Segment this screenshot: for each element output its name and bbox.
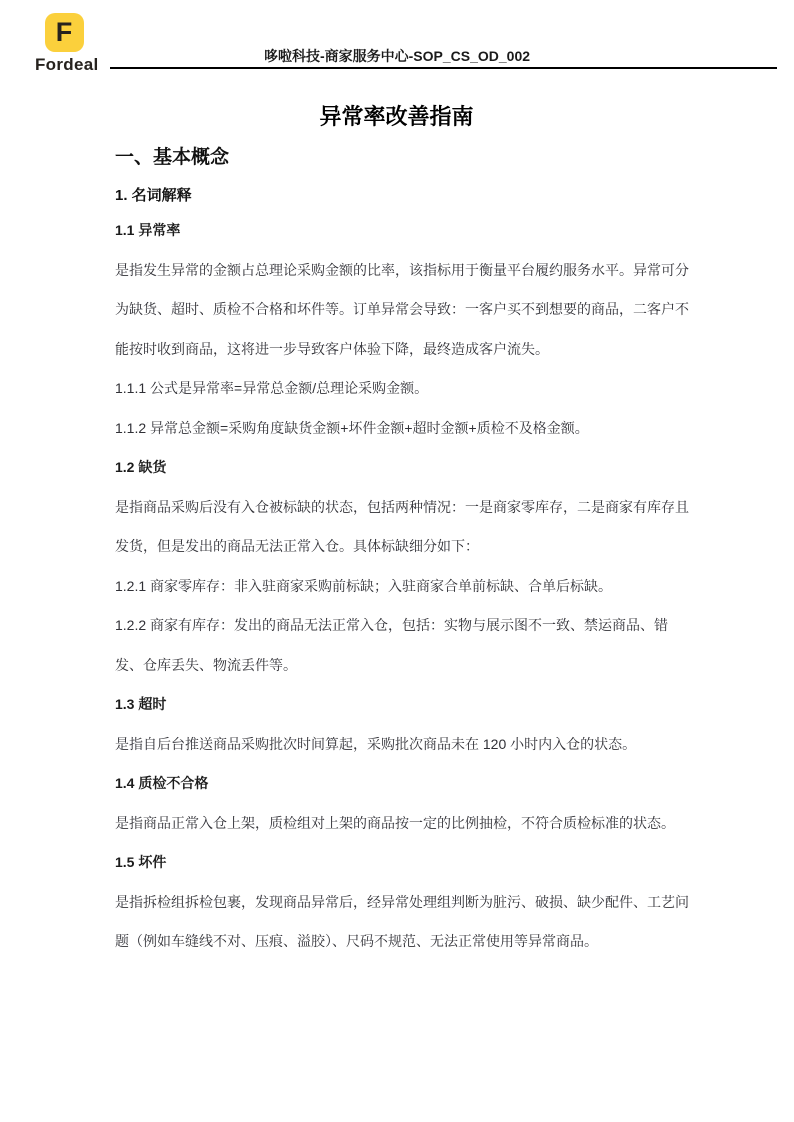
doc-line: 是指发生异常的金额占总理论采购金额的比率，该指标用于衡量平台履约服务水平。异常可…: [115, 251, 678, 291]
document-body: 异常率改善指南 一、基本概念 1. 名词解释 1.1 异常率 是指发生异常的金额…: [115, 0, 678, 962]
doc-line: 1.2.2 商家有库存：发出的商品无法正常入仓，包括：实物与展示图不一致、禁运商…: [115, 606, 678, 646]
doc-line: 是指自后台推送商品采购批次时间算起，采购批次商品未在 120 小时内入仓的状态。: [115, 725, 678, 765]
page-title: 异常率改善指南: [115, 102, 678, 132]
doc-line: 发货，但是发出的商品无法正常入仓。具体标缺细分如下：: [115, 527, 678, 567]
subsection-heading-terms: 1. 名词解释: [115, 185, 678, 206]
doc-line: 是指商品采购后没有入仓被标缺的状态，包括两种情况：一是商家零库存，二是商家有库存…: [115, 488, 678, 528]
doc-line: 题（例如车缝线不对、压痕、溢胶）、尺码不规范、无法正常使用等异常商品。: [115, 922, 678, 962]
doc-line: 能按时收到商品，这将进一步导致客户体验下降，最终造成客户流失。: [115, 330, 678, 370]
doc-line: 为缺货、超时、质检不合格和坏件等。订单异常会导致：一客户买不到想要的商品，二客户…: [115, 290, 678, 330]
heading-1-3: 1.3 超时: [115, 685, 678, 725]
heading-1-5: 1.5 坏件: [115, 843, 678, 883]
doc-line: 是指拆检组拆检包裹，发现商品异常后，经异常处理组判断为脏污、破损、缺少配件、工艺…: [115, 883, 678, 923]
doc-line: 1.1.2 异常总金额=采购角度缺货金额+坏件金额+超时金额+质检不及格金额。: [115, 409, 678, 449]
doc-line: 1.1.1 公式是异常率=异常总金额/总理论采购金额。: [115, 369, 678, 409]
doc-line: 1.2.1 商家零库存：非入驻商家采购前标缺；入驻商家合单前标缺、合单后标缺。: [115, 567, 678, 607]
heading-1-1: 1.1 异常率: [115, 211, 678, 251]
document-page: F Fordeal 哆啦科技-商家服务中心-SOP_CS_OD_002 异常率改…: [0, 0, 794, 1122]
section-heading-basic-concepts: 一、基本概念: [115, 145, 678, 171]
doc-line: 发、仓库丢失、物流丢件等。: [115, 646, 678, 686]
heading-1-2: 1.2 缺货: [115, 448, 678, 488]
doc-line: 是指商品正常入仓上架，质检组对上架的商品按一定的比例抽检，不符合质检标准的状态。: [115, 804, 678, 844]
heading-1-4: 1.4 质检不合格: [115, 764, 678, 804]
